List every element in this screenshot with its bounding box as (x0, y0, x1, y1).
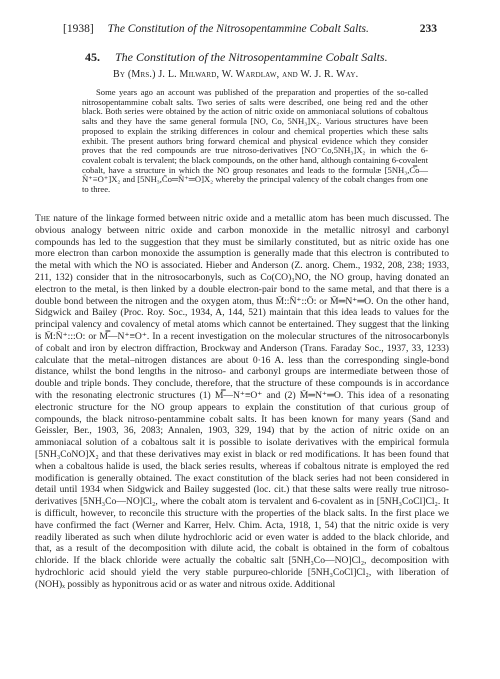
body-text: nature of the linkage formed between nit… (35, 213, 449, 590)
article-number: 45. (85, 50, 100, 64)
body-paragraph: The nature of the linkage formed between… (35, 213, 449, 591)
article-title-text: The Constitution of the Nitrosopentammin… (115, 50, 388, 64)
running-head: [1938] The Constitution of the Nitrosope… (63, 23, 437, 35)
journal-page: [1938] The Constitution of the Nitrosope… (0, 0, 500, 679)
page-number: 233 (420, 23, 437, 35)
running-head-title: The Constitution of the Nitrosopentammin… (108, 23, 420, 35)
lead-word: The (35, 213, 50, 224)
running-head-year: [1938] (63, 23, 94, 35)
author-line: By (Mrs.) J. L. Milward, W. Wardlaw, and… (113, 69, 433, 80)
article-title: 45. The Constitution of the Nitrosopenta… (85, 50, 425, 65)
abstract: Some years ago an account was published … (82, 88, 428, 195)
